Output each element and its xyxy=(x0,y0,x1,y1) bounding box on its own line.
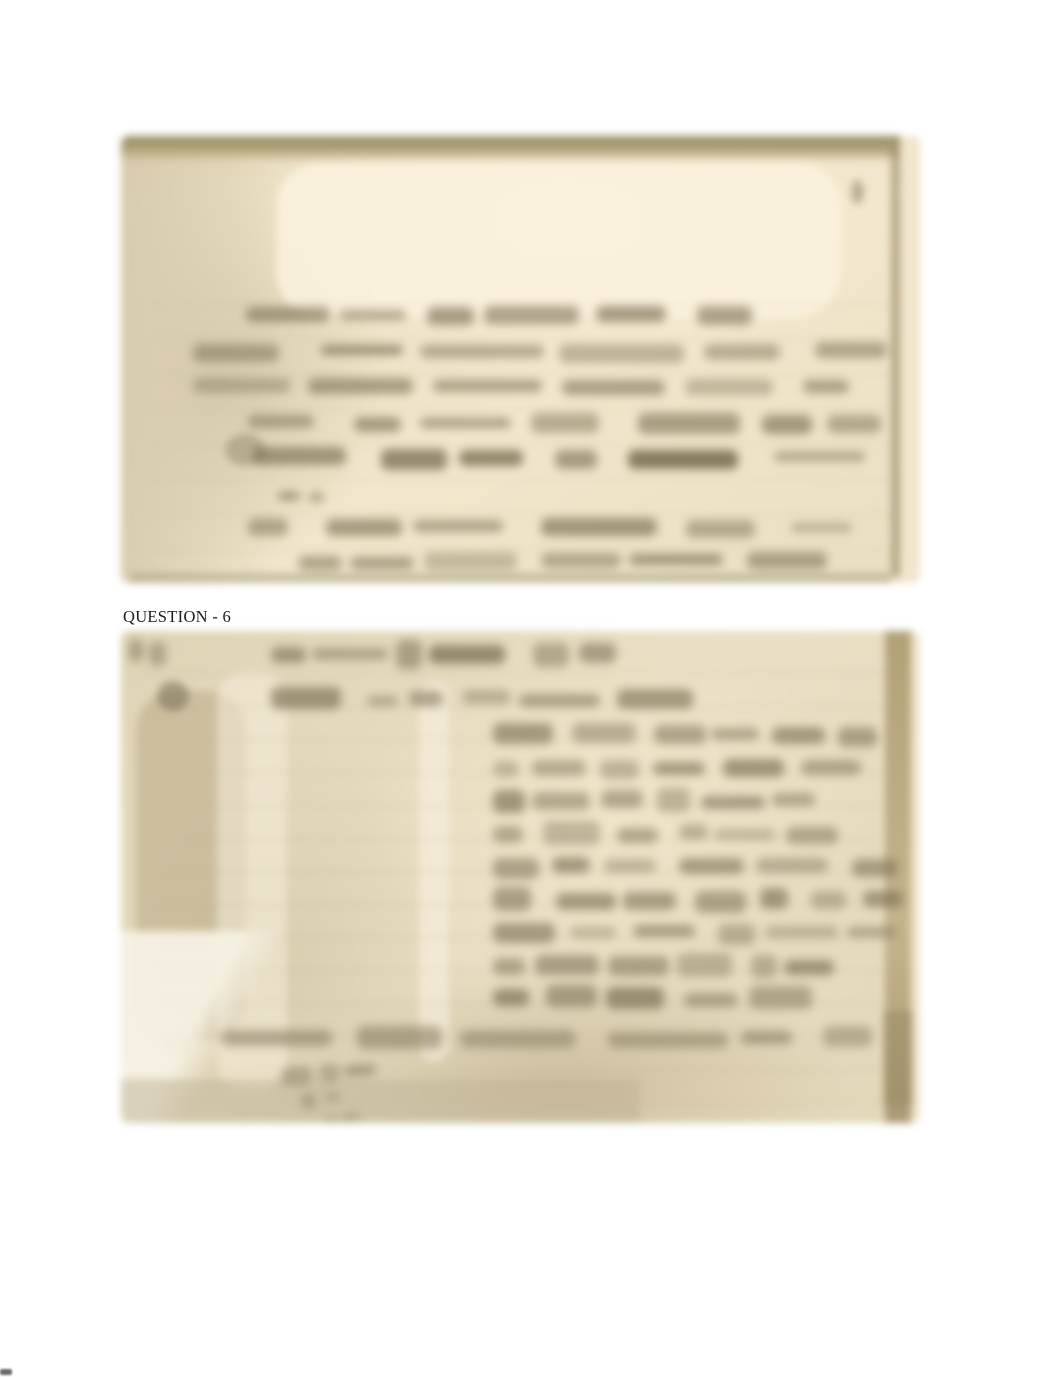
handwriting-stroke xyxy=(784,960,834,976)
faint-page-number-mark xyxy=(851,180,864,204)
paper-right-edge-line xyxy=(891,146,900,576)
handwriting-stroke xyxy=(704,344,780,359)
question-label: QUESTION - 6 xyxy=(123,607,231,627)
handwriting-stroke xyxy=(271,647,306,663)
handwriting-line xyxy=(193,379,858,395)
handwriting-stroke xyxy=(253,447,346,465)
handwriting-line xyxy=(253,450,881,466)
handwriting-stroke xyxy=(519,694,599,706)
handwriting-stroke xyxy=(562,380,666,395)
handwriting-stroke xyxy=(654,725,706,744)
handwriting-stroke xyxy=(751,955,778,978)
handwriting-line xyxy=(248,520,870,535)
handwriting-stroke xyxy=(863,891,902,907)
handwriting-stroke xyxy=(801,760,861,775)
handwriting-line xyxy=(248,415,883,431)
handwriting-stroke xyxy=(460,1030,575,1047)
handwriting-stroke xyxy=(653,762,705,775)
handwriting-stroke xyxy=(695,891,746,913)
handwriting-stroke xyxy=(697,306,752,325)
handwriting-stroke xyxy=(221,1030,332,1046)
handwriting-stroke xyxy=(677,953,732,977)
handwriting-stroke xyxy=(493,826,523,844)
handwriting-line xyxy=(246,308,791,324)
handwriting-stroke xyxy=(606,987,663,1009)
handwriting-stroke xyxy=(533,643,569,668)
handwriting-stroke xyxy=(657,788,690,811)
handwriting-stroke xyxy=(608,956,669,976)
handwriting-stroke xyxy=(684,993,738,1006)
handwriting-stroke xyxy=(344,1065,377,1076)
handwriting-stroke xyxy=(756,858,828,873)
aged-paper-background xyxy=(121,136,920,583)
handwritten-page-photo-top xyxy=(121,136,920,583)
handwriting-stroke xyxy=(149,642,167,666)
handwriting-stroke xyxy=(321,345,403,355)
handwriting-stroke xyxy=(541,553,622,568)
handwriting-stroke xyxy=(679,858,744,874)
handwriting-stroke xyxy=(326,1115,336,1123)
handwriting-stroke xyxy=(535,955,598,975)
handwriting-stroke xyxy=(493,923,555,944)
handwriting-stroke xyxy=(433,380,542,392)
handwriting-line xyxy=(271,691,716,707)
handwriting-stroke xyxy=(815,342,887,357)
handwriting-stroke xyxy=(312,648,388,660)
handwriting-stroke xyxy=(409,691,443,706)
handwriting-list-row xyxy=(493,858,888,876)
handwriting-list-row xyxy=(493,792,853,810)
handwriting-line xyxy=(271,643,711,665)
handwriting-line xyxy=(298,554,803,569)
handwriting-stroke xyxy=(623,892,676,911)
handwriting-stroke xyxy=(552,857,590,873)
handwriting-stroke xyxy=(791,523,852,532)
ink-smudge xyxy=(157,681,189,711)
handwriting-heading xyxy=(129,637,254,667)
handwriting-stroke xyxy=(608,1032,728,1048)
handwriting-stroke xyxy=(357,1026,442,1049)
handwriting-stroke xyxy=(309,492,324,502)
handwriting-stroke xyxy=(298,556,342,569)
handwriting-stroke xyxy=(847,927,895,937)
handwriting-list-row xyxy=(493,891,893,909)
handwriting-stroke xyxy=(765,926,838,937)
handwriting-stroke xyxy=(341,1112,360,1122)
handwriting-stroke xyxy=(350,557,414,569)
handwriting-stroke xyxy=(601,790,642,808)
document-page: QUESTION - 6 xyxy=(0,0,1062,1377)
handwriting-stroke xyxy=(323,1092,341,1103)
paper-highlight xyxy=(276,162,841,317)
handwriting-stroke xyxy=(281,1066,313,1085)
handwriting-stroke xyxy=(493,989,529,1006)
handwriting-stroke xyxy=(326,519,402,536)
handwriting-stroke xyxy=(493,887,531,910)
handwriting-stroke xyxy=(638,413,741,434)
handwriting-stroke xyxy=(459,450,523,466)
handwriting-stroke xyxy=(604,859,656,873)
handwriting-stroke xyxy=(308,378,414,394)
handwriting-stroke xyxy=(532,792,589,810)
handwriting-stroke xyxy=(493,723,553,744)
handwriting-stroke xyxy=(786,827,838,843)
handwriting-stroke xyxy=(774,452,865,461)
handwriting-stroke xyxy=(248,518,288,536)
handwriting-stroke xyxy=(193,378,291,394)
handwriting-stroke xyxy=(413,520,503,532)
handwriting-stroke xyxy=(711,728,759,740)
handwriting-list-row xyxy=(493,825,873,843)
handwriting-stroke xyxy=(493,958,525,975)
handwriting-stroke xyxy=(600,760,639,780)
handwriting-stroke xyxy=(633,925,695,937)
handwriting-stroke xyxy=(617,689,694,709)
aged-paper-background xyxy=(121,631,920,1123)
handwriting-list-row xyxy=(493,924,903,942)
handwriting-stroke xyxy=(420,418,511,428)
handwriting-line xyxy=(221,1029,861,1047)
scan-artifact xyxy=(0,1369,12,1375)
handwriting-stroke xyxy=(493,761,519,777)
paper-bottom-edge-line xyxy=(131,573,890,583)
handwriting-stroke xyxy=(762,415,811,434)
handwriting-stroke xyxy=(531,413,599,434)
handwriting-stroke xyxy=(772,727,825,744)
handwriting-stroke xyxy=(760,888,787,909)
handwriting-list-row xyxy=(493,957,873,975)
paper-right-dark-patch xyxy=(883,1011,913,1106)
handwriting-stroke xyxy=(747,552,827,569)
handwriting-stroke xyxy=(827,415,881,433)
handwriting-stroke xyxy=(723,759,784,777)
handwriting-stroke xyxy=(546,985,598,1008)
handwriting-stroke xyxy=(278,492,300,500)
handwriting-stroke xyxy=(617,828,659,844)
handwriting-stroke xyxy=(838,727,877,747)
handwriting-stroke xyxy=(718,924,754,945)
handwriting-stroke xyxy=(429,645,504,664)
handwriting-stroke xyxy=(596,306,666,322)
handwriting-stroke xyxy=(248,415,314,428)
handwriting-stroke xyxy=(271,687,341,708)
handwriting-stroke xyxy=(679,824,707,840)
handwritten-page-photo-bottom xyxy=(121,631,920,1123)
handwriting-stroke xyxy=(493,858,539,879)
handwriting-list-row xyxy=(493,726,863,744)
handwriting-stroke xyxy=(570,927,616,938)
handwriting-stroke xyxy=(354,417,402,432)
handwriting-stroke xyxy=(543,821,600,845)
handwriting-stroke xyxy=(629,554,723,564)
handwriting-stroke xyxy=(572,723,637,742)
paper-top-edge-band xyxy=(121,136,920,162)
paper-right-strip xyxy=(900,136,920,583)
handwriting-stroke xyxy=(367,696,397,706)
handwriting-stroke xyxy=(339,310,406,321)
handwriting-stroke xyxy=(427,307,474,325)
handwriting-stroke xyxy=(556,893,616,910)
handwriting-stroke xyxy=(301,1093,316,1109)
handwriting-stroke xyxy=(811,891,846,909)
handwriting-stroke xyxy=(381,449,447,470)
handwriting-line xyxy=(278,488,423,502)
handwriting-list-row xyxy=(493,759,883,777)
handwriting-stroke xyxy=(555,450,597,469)
handwriting-stroke xyxy=(493,790,525,812)
handwriting-stroke xyxy=(741,1031,792,1044)
handwriting-stroke xyxy=(420,345,544,359)
handwriting-stroke xyxy=(193,344,279,362)
handwriting-stroke xyxy=(685,379,773,395)
handwriting-stroke xyxy=(686,520,756,538)
handwriting-stroke xyxy=(129,639,143,662)
handwriting-stroke xyxy=(484,306,579,324)
handwriting-stroke xyxy=(823,1026,872,1047)
handwriting-line xyxy=(193,344,883,360)
handwriting-stroke xyxy=(424,552,518,570)
handwriting-stroke xyxy=(318,1063,341,1082)
handwriting-stroke xyxy=(462,690,512,704)
handwriting-stroke xyxy=(803,380,848,393)
handwriting-stroke xyxy=(246,307,330,322)
handwriting-stroke xyxy=(579,643,616,663)
handwriting-stroke xyxy=(852,859,897,877)
handwriting-stroke xyxy=(559,344,683,363)
handwriting-stroke xyxy=(628,450,737,469)
handwriting-stroke xyxy=(701,796,765,809)
handwriting-stroke xyxy=(749,986,811,1009)
handwriting-list-row xyxy=(493,989,823,1007)
handwriting-stroke xyxy=(772,793,815,807)
handwriting-stroke xyxy=(396,640,423,669)
handwriting-stroke xyxy=(541,518,657,536)
handwriting-stroke xyxy=(532,760,585,776)
handwriting-stroke xyxy=(714,829,774,840)
